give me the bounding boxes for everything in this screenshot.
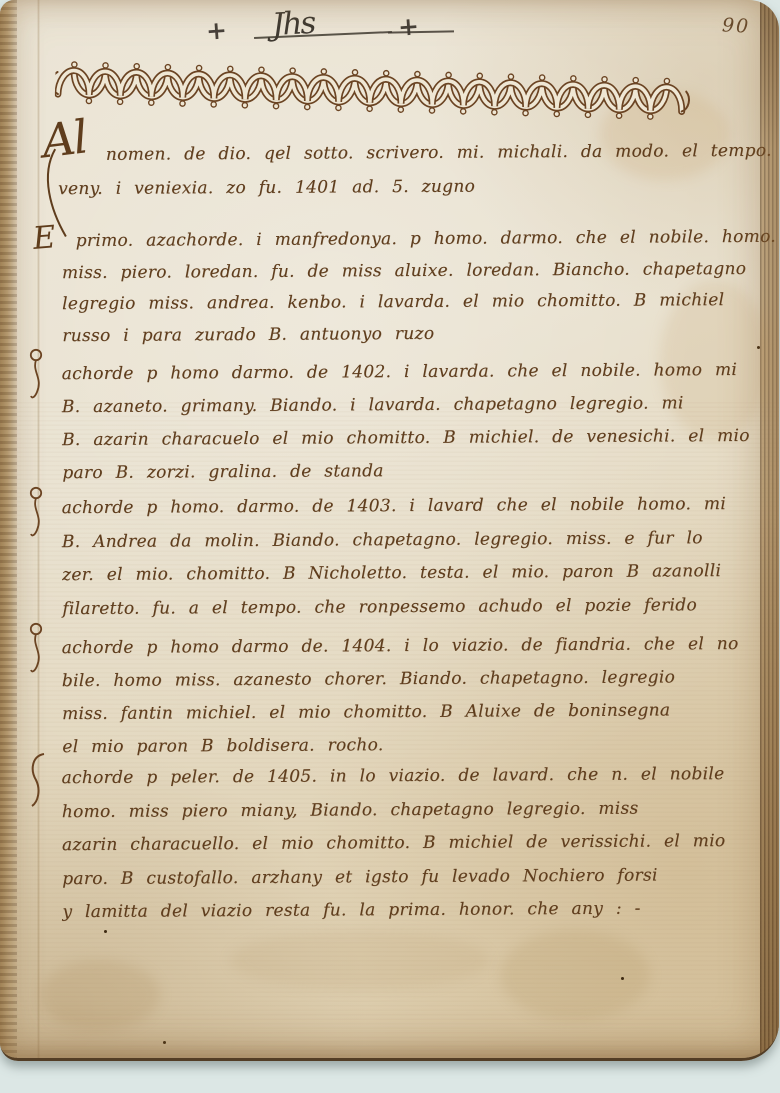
text-line: B. azaneto. grimany. Biando. i lavarda. … <box>62 387 762 424</box>
invocation-monogram: + Jhs + <box>196 8 476 56</box>
text-line: achorde p homo darmo. de 1402. i lavarda… <box>62 354 762 391</box>
text-line: miss. fantin michiel. el mio chomitto. B… <box>62 694 762 731</box>
manuscript-page: + Jhs + 90 Al nomen. de dio. qel sotto. … <box>0 0 779 1061</box>
text-line: B. Andrea da molin. Biando. chapetagno. … <box>62 521 762 559</box>
ink-speck <box>163 1041 166 1044</box>
folio-number: 90 <box>721 14 750 37</box>
cross-icon: + <box>397 11 420 41</box>
text-line: paro. B custofallo. arzhany et igsto fu … <box>62 858 762 896</box>
text-line: azarin characuello. el mio chomitto. B m… <box>62 825 762 863</box>
paragraph-mark-icon <box>28 346 50 404</box>
text-line: filaretto. fu. a el tempo. che ronpessem… <box>62 588 762 626</box>
stain <box>500 930 650 1020</box>
text-line: miss. piero. loredan. fu. de miss aluixe… <box>62 253 762 289</box>
cross-icon: + <box>205 15 228 45</box>
stain <box>40 960 160 1030</box>
monogram-strike-line <box>388 30 454 33</box>
record-1404-fiandria: achorde p homo darmo de. 1404. i lo viaz… <box>62 628 763 764</box>
text-line: nomen. de dio. qel sotto. scrivero. mi. … <box>58 134 758 172</box>
text-line: achorde p homo. darmo. de 1403. i lavard… <box>62 488 762 526</box>
text-line: legregio miss. andrea. kenbo. i lavarda.… <box>62 285 762 321</box>
stain <box>230 930 490 990</box>
paragraph-initial: E <box>31 219 57 257</box>
text-line: achorde p peler. de 1405. in lo viazio. … <box>61 758 761 796</box>
text-line: homo. miss piero miany, Biando. chapetag… <box>62 791 762 829</box>
record-manfredonia: primo. azachorde. i manfredonya. p homo.… <box>62 222 763 352</box>
ink-speck <box>621 977 624 980</box>
text-line: russo i para zurado B. antuonyo ruzo <box>62 316 762 352</box>
paragraph-mark-icon <box>28 750 52 812</box>
record-1402-lavarda: achorde p homo darmo. de 1402. i lavarda… <box>62 354 763 490</box>
text-line: paro B. zorzi. gralina. de standa <box>62 453 762 490</box>
braided-cable-ornament <box>54 55 707 129</box>
text-line: B. azarin characuelo el mio chomitto. B … <box>62 420 762 457</box>
record-1403-lavarda: achorde p homo. darmo. de 1403. i lavard… <box>62 488 763 626</box>
text-line: zer. el mio. chomitto. B Nicholetto. tes… <box>62 555 762 593</box>
binding-gutter-edge <box>0 0 17 1058</box>
paragraph-heading-1401: nomen. de dio. qel sotto. scrivero. mi. … <box>58 134 758 206</box>
record-1405-lavarda: achorde p peler. de 1405. in lo viazio. … <box>61 758 762 930</box>
text-line: veny. i veniexia. zo fu. 1401 ad. 5. zug… <box>58 168 758 206</box>
ink-speck <box>104 930 107 933</box>
paragraph-mark-icon <box>28 620 50 678</box>
text-line: y lamitta del viazio resta fu. la prima.… <box>62 892 762 930</box>
photograph-background: + Jhs + 90 Al nomen. de dio. qel sotto. … <box>0 0 780 1093</box>
text-line: achorde p homo darmo de. 1404. i lo viaz… <box>62 628 762 665</box>
paragraph-mark-icon <box>28 484 50 542</box>
text-line: bile. homo miss. azanesto chorer. Biando… <box>62 661 762 698</box>
text-line: primo. azachorde. i manfredonya. p homo.… <box>62 222 762 258</box>
